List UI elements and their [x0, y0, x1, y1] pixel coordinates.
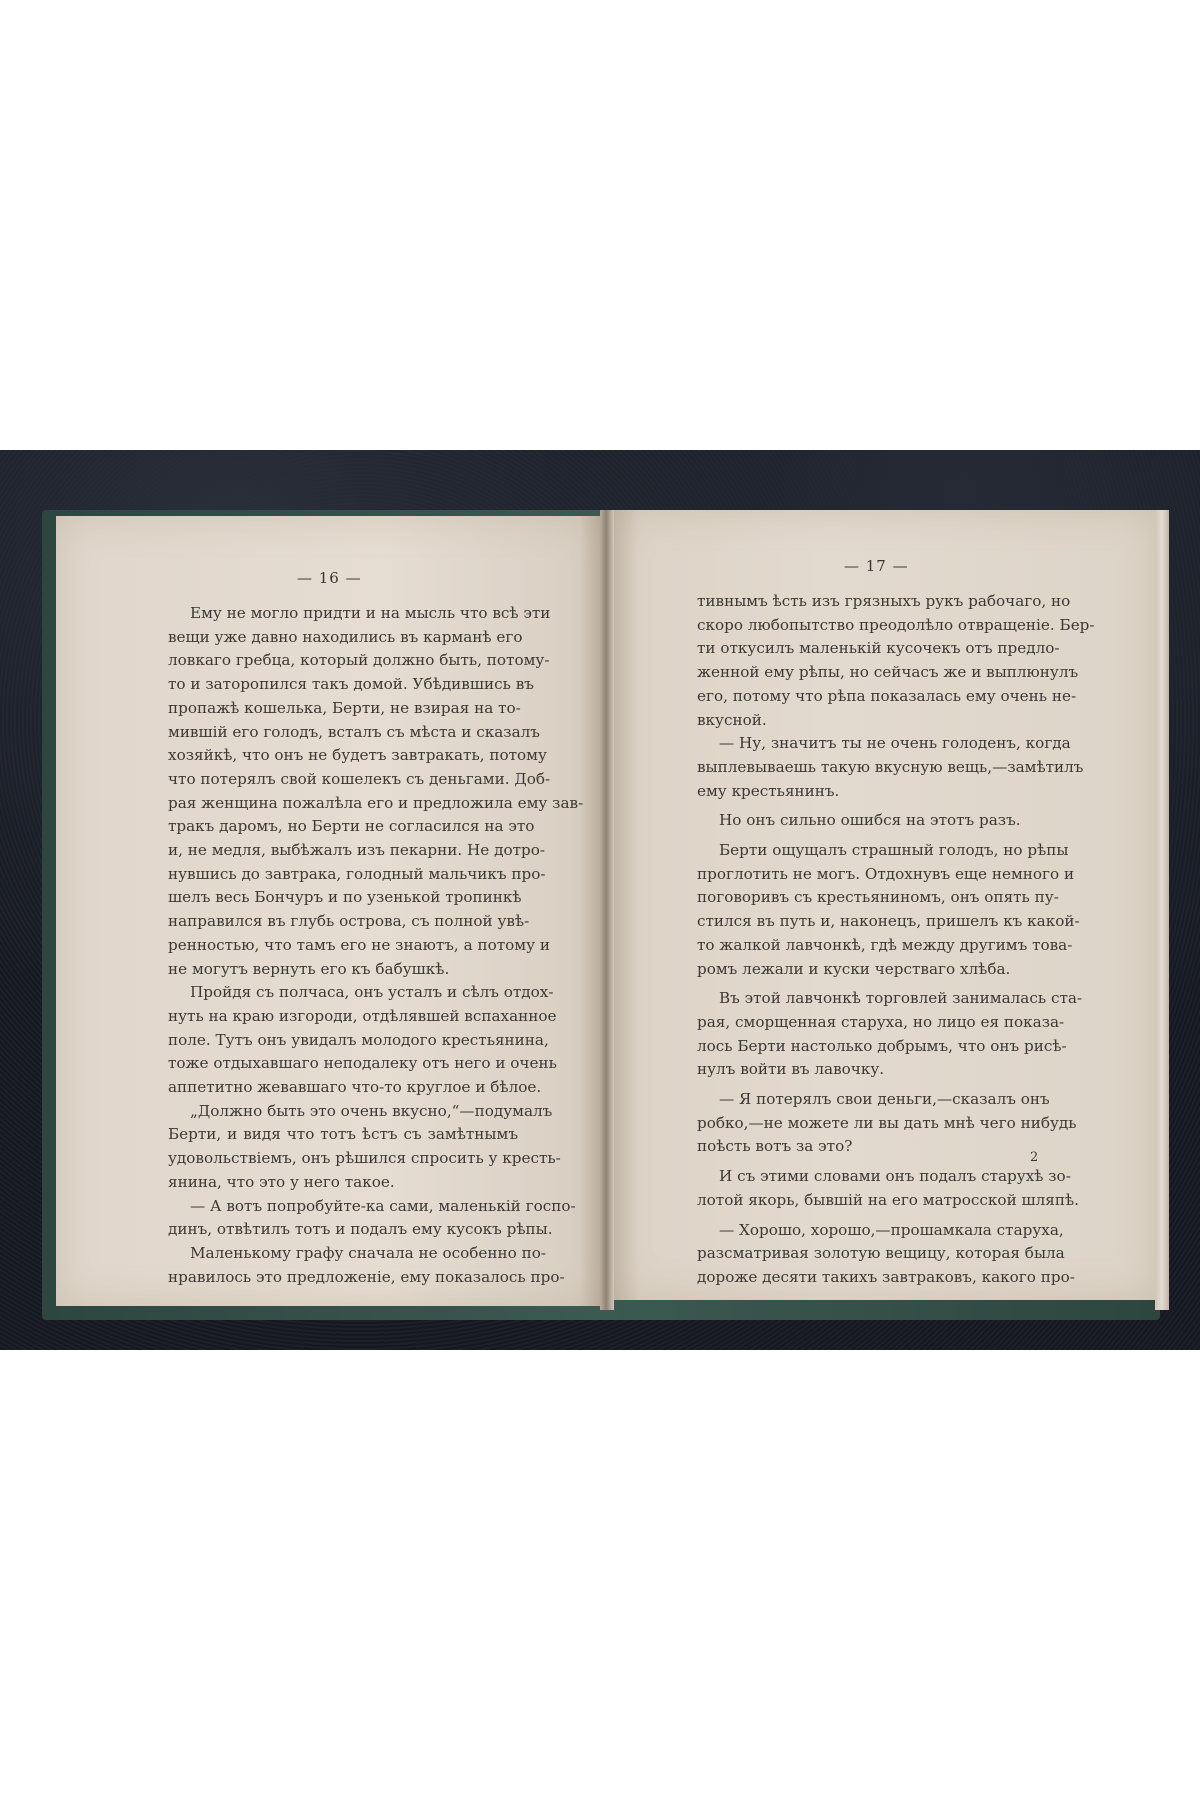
text-line: нуть на краю изгороди, отдѣлявшей вспаха… — [168, 1005, 518, 1029]
text-line: разсматривая золотую вещицу, которая был… — [697, 1242, 1049, 1266]
book-gutter — [600, 510, 614, 1310]
text-line: пропажѣ кошелька, Берти, не взирая на то… — [168, 697, 518, 721]
text-line: удовольствіемъ, онъ рѣшился спросить у к… — [168, 1147, 518, 1171]
text-line: Но онъ сильно ошибся на этотъ разъ. — [697, 809, 1049, 833]
text-line: дороже десяти такихъ завтраковъ, какого … — [697, 1266, 1049, 1290]
text-line: — А вотъ попробуйте-ка сами, маленькій г… — [168, 1195, 518, 1219]
text-line: что потерялъ свой кошелекъ съ деньгами. … — [168, 768, 518, 792]
text-line: выплевываешь такую вкусную вещь,—замѣтил… — [697, 756, 1049, 780]
text-line: лотой якорь, бывшій на его матросской шл… — [697, 1189, 1049, 1213]
text-line: ловкаго гребца, который должно быть, пот… — [168, 649, 518, 673]
text-line: вещи уже давно находились въ карманѣ его — [168, 626, 518, 650]
text-line: — Я потерялъ свои деньги,—сказалъ онъ — [697, 1088, 1049, 1112]
text-line: то и заторопился такъ домой. Убѣдившись … — [168, 673, 518, 697]
text-line: Ему не могло придти и на мысль что всѣ э… — [168, 602, 518, 626]
book-photograph: — 16 — — 17 — Ему не могло придти и на м… — [0, 450, 1200, 1350]
text-line: нувшись до завтрака, голодный мальчикъ п… — [168, 863, 518, 887]
text-line: робко,—не можете ли вы дать мнѣ чего ниб… — [697, 1112, 1049, 1136]
text-line: проглотить не могъ. Отдохнувъ еще немног… — [697, 863, 1049, 887]
left-page-number: — 16 — — [297, 569, 362, 587]
text-line: стился въ путь и, наконецъ, пришелъ къ к… — [697, 910, 1049, 934]
text-line: ромъ лежали и куски черстваго хлѣба. — [697, 958, 1049, 982]
text-line: И съ этими словами онъ подалъ старухѣ зо… — [697, 1165, 1049, 1189]
text-line: поле. Тутъ онъ увидалъ молодого крестьян… — [168, 1029, 518, 1053]
text-line: хозяйкѣ, что онъ не будетъ завтракать, п… — [168, 744, 518, 768]
left-page-text: Ему не могло придти и на мысль что всѣ э… — [168, 602, 518, 1289]
text-line: ренностью, что тамъ его не знаютъ, а пот… — [168, 934, 518, 958]
text-line: — Хорошо, хорошо,—прошамкала старуха, — [697, 1219, 1049, 1243]
text-line: лось Берти настолько добрымъ, что онъ ри… — [697, 1035, 1049, 1059]
text-line: его, потому что рѣпа показалась ему очен… — [697, 685, 1049, 709]
text-line: нравилось это предложеніе, ему показалос… — [168, 1266, 518, 1290]
text-line: женной ему рѣпы, но сейчасъ же и выплюну… — [697, 661, 1049, 685]
text-line: Маленькому графу сначала не особенно по- — [168, 1242, 518, 1266]
text-line: Пройдя съ полчаса, онъ усталъ и сѣлъ отд… — [168, 981, 518, 1005]
text-line: и, не медля, выбѣжалъ изъ пекарни. Не до… — [168, 839, 518, 863]
signature-mark: 2 — [1030, 1150, 1038, 1165]
text-line: рая, сморщенная старуха, но лицо ея пока… — [697, 1011, 1049, 1035]
text-line: аппетитно жевавшаго что-то круглое и бѣл… — [168, 1076, 518, 1100]
text-line: вкусной. — [697, 709, 1049, 733]
text-line: динъ, отвѣтилъ тотъ и подалъ ему кусокъ … — [168, 1218, 518, 1242]
text-line: рая женщина пожалѣла его и предложила ем… — [168, 792, 518, 816]
text-line: шелъ весь Бончуръ и по узенькой тропинкѣ — [168, 886, 518, 910]
text-line: Берти, и видя что тотъ ѣстъ съ замѣтнымъ — [168, 1123, 518, 1147]
text-line: мившій его голодъ, всталъ съ мѣста и ска… — [168, 721, 518, 745]
text-line: скоро любопытство преодолѣло отвращеніе.… — [697, 614, 1049, 638]
page-edges — [1155, 510, 1169, 1310]
text-line: тоже отдыхавшаго неподалеку отъ него и о… — [168, 1052, 518, 1076]
text-line: поговоривъ съ крестьяниномъ, онъ опять п… — [697, 886, 1049, 910]
text-line: Въ этой лавчонкѣ торговлей занималась ст… — [697, 987, 1049, 1011]
text-line: тивнымъ ѣсть изъ грязныхъ рукъ рабочаго,… — [697, 590, 1049, 614]
text-line: не могутъ вернуть его къ бабушкѣ. — [168, 958, 518, 982]
right-page-text: тивнымъ ѣсть изъ грязныхъ рукъ рабочаго,… — [697, 590, 1049, 1290]
text-line: Берти ощущалъ страшный голодъ, но рѣпы — [697, 839, 1049, 863]
right-page-number: — 17 — — [844, 557, 909, 575]
text-line: ти откусилъ маленькій кусочекъ отъ предл… — [697, 637, 1049, 661]
text-line: направился въ глубь острова, съ полной у… — [168, 910, 518, 934]
text-line: ему крестьянинъ. — [697, 780, 1049, 804]
text-line: „Должно быть это очень вкусно,“—подумалъ — [168, 1100, 518, 1124]
text-line: — Ну, значитъ ты не очень голоденъ, когд… — [697, 732, 1049, 756]
text-line: янина, что это у него такое. — [168, 1171, 518, 1195]
text-line: тракъ даромъ, но Берти не согласился на … — [168, 815, 518, 839]
text-line: поѣсть вотъ за это? — [697, 1135, 1049, 1159]
text-line: то жалкой лавчонкѣ, гдѣ между другимъ то… — [697, 934, 1049, 958]
text-line: нулъ войти въ лавочку. — [697, 1058, 1049, 1082]
